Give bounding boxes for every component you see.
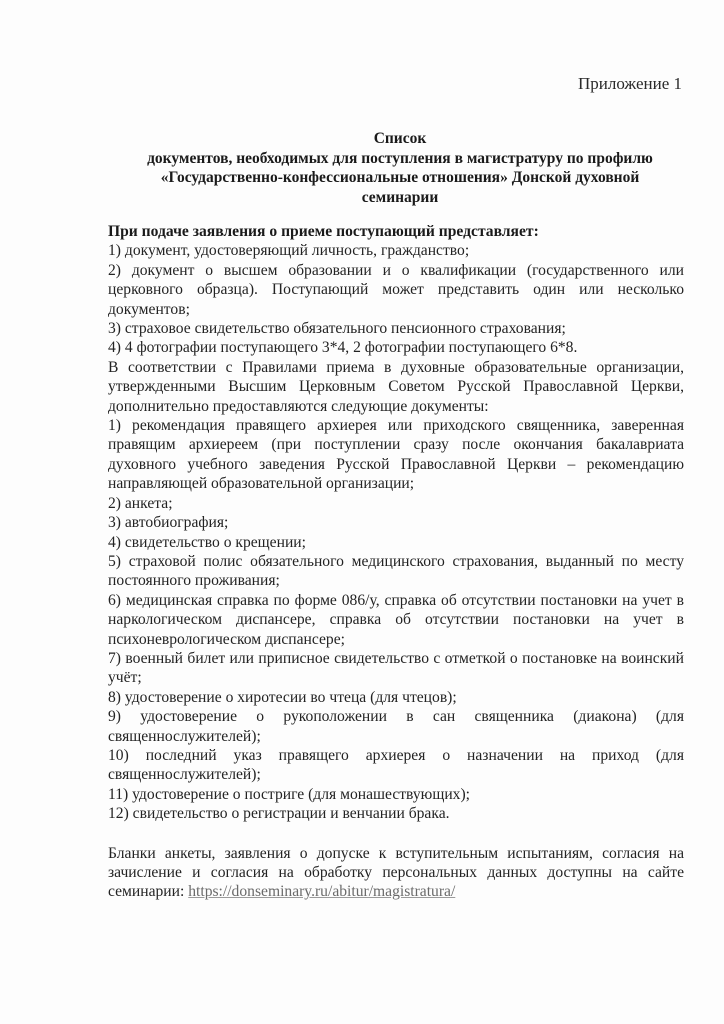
- intro-heading: При подаче заявления о приеме поступающи…: [108, 222, 684, 241]
- appendix-label: Приложение 1: [578, 74, 682, 94]
- additional-item-10: 10) последний указ правящего архиерея о …: [108, 746, 684, 785]
- document-body: При подаче заявления о приеме поступающи…: [108, 222, 684, 902]
- document-page: Приложение 1 Список документов, необходи…: [0, 0, 724, 1024]
- title-line-2: документов, необходимых для поступления …: [100, 149, 700, 169]
- basic-item-4: 4) 4 фотографии поступающего 3*4, 2 фото…: [108, 338, 684, 357]
- additional-item-4: 4) свидетельство о крещении;: [108, 533, 684, 552]
- title-line-3: «Государственно-конфессиональные отношен…: [100, 168, 700, 188]
- document-title: Список документов, необходимых для посту…: [100, 129, 700, 207]
- basic-item-2: 2) документ о высшем образовании и о ква…: [108, 261, 684, 319]
- additional-item-6: 6) медицинская справка по форме 086/у, с…: [108, 591, 684, 649]
- title-line-4: семинарии: [100, 188, 700, 208]
- basic-item-3: 3) страховое свидетельство обязательного…: [108, 319, 684, 338]
- additional-item-1: 1) рекомендация правящего архиерея или п…: [108, 416, 684, 494]
- additional-item-8: 8) удостоверение о хиротесии во чтеца (д…: [108, 688, 684, 707]
- additional-item-12: 12) свидетельство о регистрации и венчан…: [108, 804, 684, 823]
- footer-paragraph: Бланки анкеты, заявления о допуске к вст…: [108, 844, 684, 902]
- additional-item-2: 2) анкета;: [108, 494, 684, 513]
- additional-item-3: 3) автобиография;: [108, 513, 684, 532]
- seminary-link[interactable]: https://donseminary.ru/abitur/magistratu…: [188, 883, 455, 900]
- additional-intro: В соответствии с Правилами приема в духо…: [108, 358, 684, 416]
- title-line-1: Список: [100, 129, 700, 149]
- additional-item-5: 5) страховой полис обязательного медицин…: [108, 552, 684, 591]
- paragraph-spacer: [108, 824, 684, 844]
- basic-item-1: 1) документ, удостоверяющий личность, гр…: [108, 241, 684, 260]
- additional-item-7: 7) военный билет или приписное свидетель…: [108, 649, 684, 688]
- additional-item-11: 11) удостоверение о постриге (для монаше…: [108, 785, 684, 804]
- additional-item-9: 9) удостоверение о рукоположении в сан с…: [108, 707, 684, 746]
